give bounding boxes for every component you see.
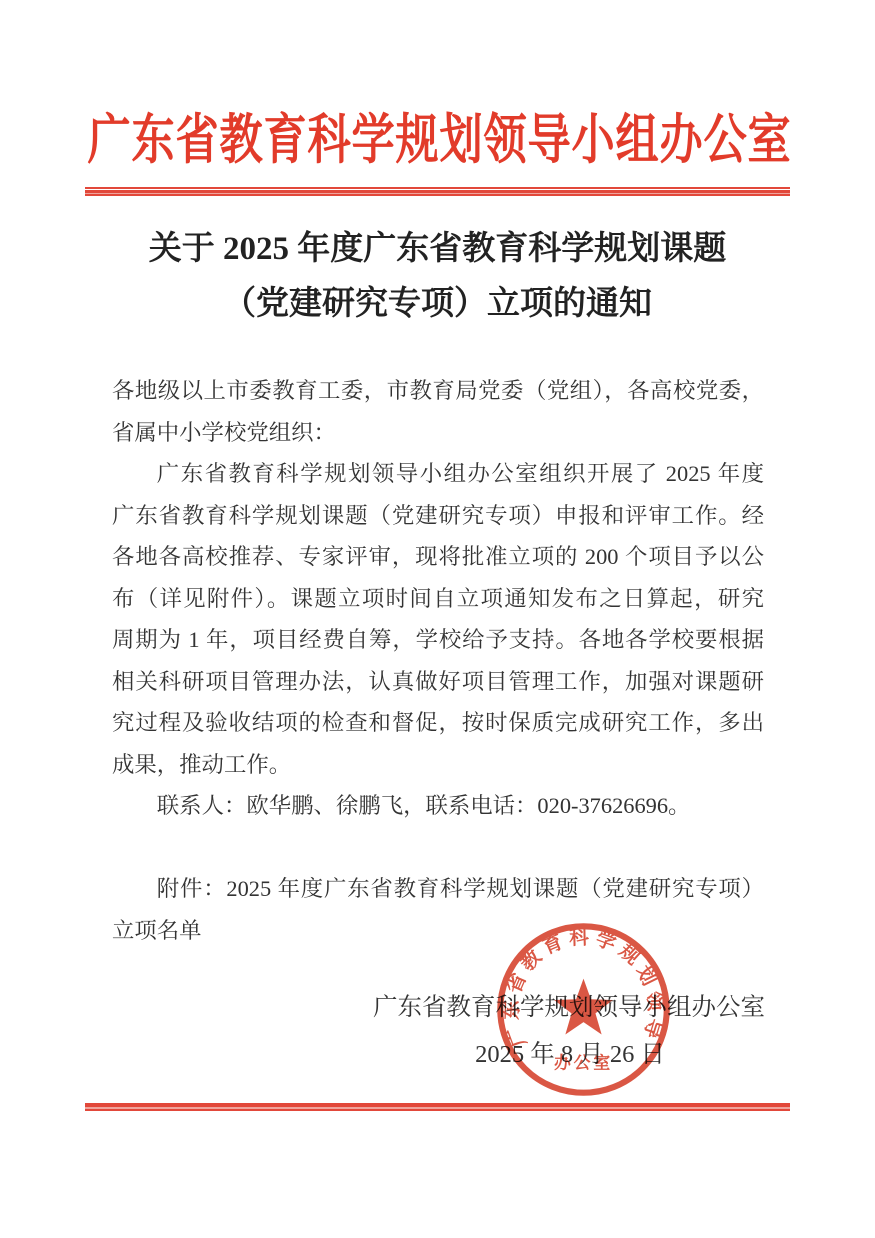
bottom-divider <box>85 1103 790 1111</box>
body-line: 周期为 1 年，项目经费自筹，学校给予支持。各地各学校要根据 <box>112 619 764 661</box>
seal-ring-text: 广东省教育科学规划领导小组 <box>490 916 668 1050</box>
body-line: 相关科研项目管理办法，认真做好项目管理工作，加强对课题研 <box>112 661 764 703</box>
blank-line <box>112 827 764 869</box>
doc-title: 关于 2025 年度广东省教育科学规划课题 （党建研究专项）立项的通知 <box>0 222 875 332</box>
header-divider <box>85 187 790 196</box>
doc-title-line2: （党建研究专项）立项的通知 <box>0 277 875 332</box>
attachment-line: 附件：2025 年度广东省教育科学规划课题（党建研究专项） <box>112 868 764 910</box>
body-line: 广东省教育科学规划领导小组办公室组织开展了 2025 年度 <box>112 453 764 495</box>
salutation-line: 各地级以上市委教育工委，市教育局党委（党组），各高校党委， <box>112 370 764 412</box>
doc-title-line1: 关于 2025 年度广东省教育科学规划课题 <box>0 222 875 277</box>
svg-text:广东省教育科学规划领导小组: 广东省教育科学规划领导小组 <box>490 916 668 1050</box>
body-line: 各地各高校推荐、专家评审，现将批准立项的 200 个项目予以公 <box>112 536 764 578</box>
body-line: 广东省教育科学规划课题（党建研究专项）申报和评审工作。经 <box>112 495 764 537</box>
document-page: 广东省教育科学规划领导小组办公室 关于 2025 年度广东省教育科学规划课题 （… <box>0 0 875 1238</box>
body-line: 究过程及验收结项的检查和督促，按时保质完成研究工作，多出 <box>112 702 764 744</box>
body-line: 成果，推动工作。 <box>112 744 764 786</box>
document-org-title: 广东省教育科学规划领导小组办公室 <box>88 97 788 174</box>
seal-bottom-text: 办公室 <box>554 1052 613 1072</box>
salutation-line: 省属中小学校党组织： <box>112 412 764 454</box>
official-seal: 广东省教育科学规划领导小组 办公室 <box>490 916 677 1103</box>
seal-star-icon <box>554 979 613 1035</box>
body-line: 布（详见附件）。课题立项时间自立项通知发布之日算起，研究 <box>112 578 764 620</box>
document-body: 各地级以上市委教育工委，市教育局党委（党组），各高校党委， 省属中小学校党组织：… <box>112 370 764 951</box>
contact-line: 联系人：欧华鹏、徐鹏飞，联系电话：020-37626696。 <box>112 785 764 827</box>
